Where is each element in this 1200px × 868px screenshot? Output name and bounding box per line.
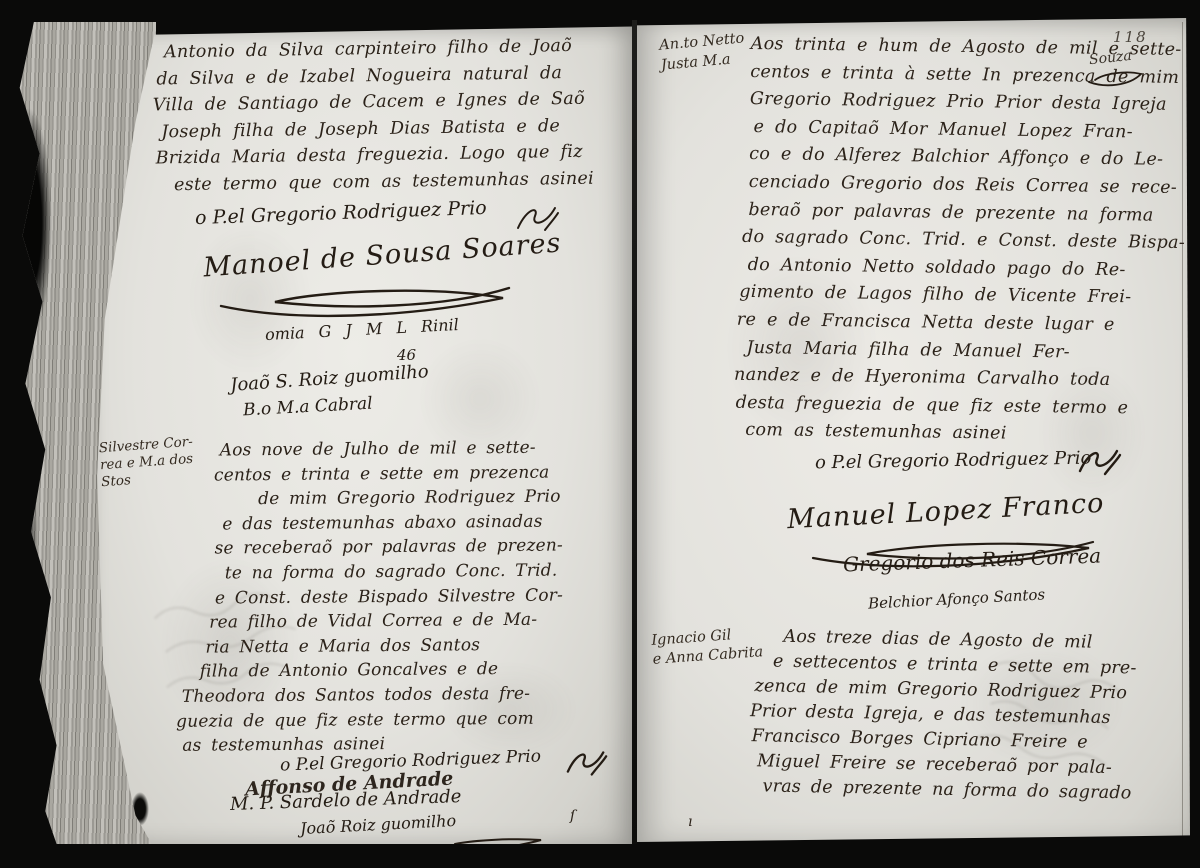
witness-signature: Joaõ Roiz guomilho — [300, 811, 457, 838]
signature-flourish-icon — [425, 836, 545, 852]
ink-mark: ı — [688, 814, 692, 830]
signature-capitao-mor: Manuel Lopez Franco — [786, 488, 1105, 536]
manuscript-line: Theodora dos Santos todos desta fre- — [182, 681, 565, 709]
signature-paraph-icon — [565, 748, 609, 778]
manuscript-photo: 117 Antonio da Silva carpinteiro filho d… — [0, 0, 1200, 868]
manuscript-line: Aos nove de Julho de mil e sette- — [220, 435, 563, 463]
manuscript-line: filha de Antonio Goncalves e de — [200, 657, 565, 685]
signature-paraph-icon — [1077, 446, 1123, 478]
manuscript-line: se receberaõ por palavras de prezen- — [214, 534, 563, 562]
manuscript-line: ria Netta e Maria dos Santos — [205, 632, 564, 660]
signature-alferez: Belchior Afonço Santos — [868, 585, 1046, 612]
margin-note-names: Ignacio Gile Anna Cabrita — [651, 624, 764, 670]
manuscript-line: e das testemunhas abaxo asinadas — [222, 509, 563, 537]
right-page: 118 Souza An.to NettoJusta M.a Aos trint… — [637, 18, 1190, 842]
manuscript-line: e Const. deste Bispado Silvestre Cor- — [215, 583, 564, 611]
manuscript-line: rea filho de Vidal Correa e de Ma- — [209, 608, 564, 636]
record-entry-text: Antonio da Silva carpinteiro filho de Jo… — [164, 33, 594, 199]
book-gutter-fold — [632, 20, 637, 844]
manuscript-line: te na forma do sagrado Conc. Trid. — [225, 558, 564, 586]
record-entry-text: Aos nove de Julho de mil e sette-centos … — [214, 435, 565, 758]
binding-shadow-blob — [4, 452, 38, 642]
record-entry-text: Aos trinta e hum de Agosto de mil e sett… — [745, 31, 1188, 451]
manuscript-line: de mim Gregorio Rodriguez Prio — [258, 485, 563, 512]
margin-note-names: An.to NettoJusta M.a — [658, 28, 746, 75]
signature-flourish-icon — [215, 276, 515, 322]
binding-shadow-blob — [16, 662, 42, 782]
margin-note-names: Silvestre Cor-rea e M.a dosStos — [98, 434, 195, 491]
left-page: 117 Antonio da Silva carpinteiro filho d… — [95, 24, 634, 844]
binding-shadow-blob — [6, 108, 52, 338]
manuscript-line: centos e trinta e sette em prezenca — [214, 460, 563, 488]
record-entry-text: Aos treze dias de Agosto de mile settece… — [770, 625, 1137, 807]
manuscript-line: guezia de que fiz este termo que com — [176, 706, 565, 734]
ink-mark: ſ — [570, 808, 575, 824]
